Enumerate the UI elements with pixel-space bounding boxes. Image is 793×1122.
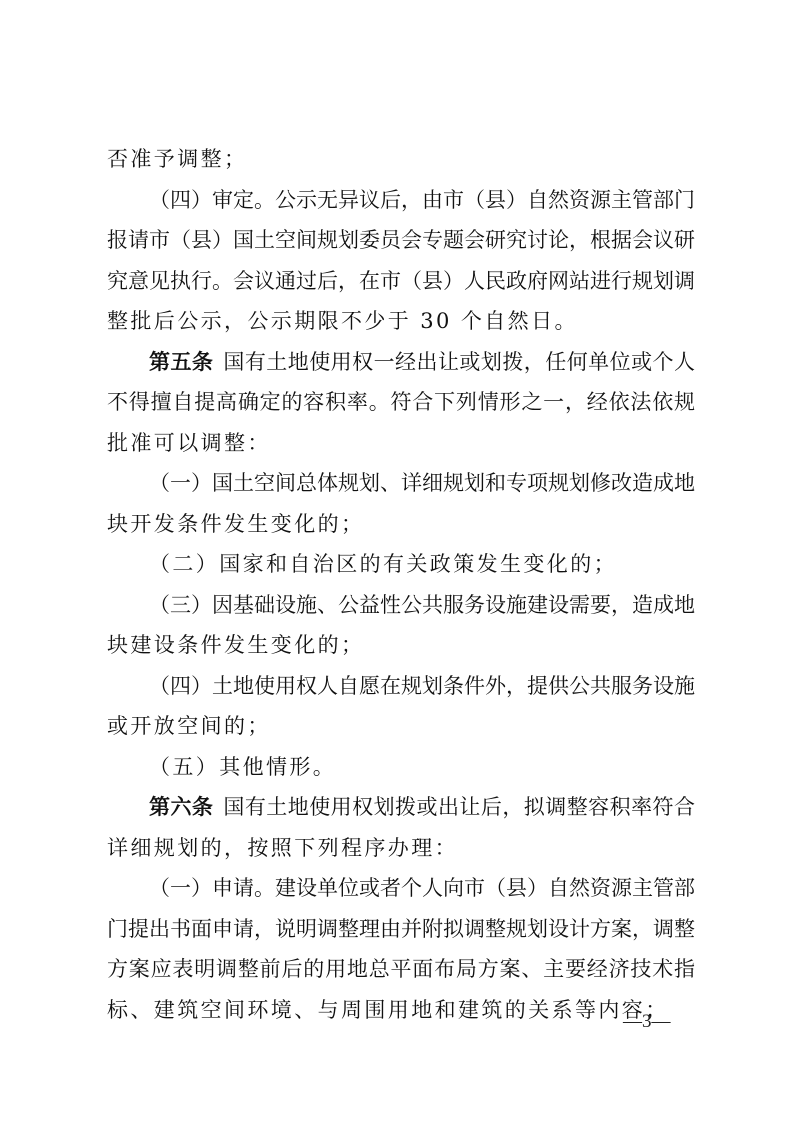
line-10: （二）国家和自治区的有关政策发生变化的； — [107, 544, 695, 585]
document-body: 否准予调整； （四）审定。公示无异议后，由市（县）自然资源主管部门 报请市（县）… — [107, 139, 695, 1030]
line-0: 否准予调整； — [107, 139, 695, 180]
line-14: 或开放空间的； — [107, 706, 695, 747]
line-8: （一）国土空间总体规划、详细规划和专项规划修改造成地 — [107, 463, 695, 504]
article-5-heading: 第五条 — [149, 350, 213, 374]
page-number: —3— — [623, 1011, 671, 1033]
line-1: （四）审定。公示无异议后，由市（县）自然资源主管部门 — [107, 180, 695, 221]
line-19: 门提出书面申请，说明调整理由并附拟调整规划设计方案，调整 — [107, 909, 695, 950]
line-17: 详细规划的，按照下列程序办理： — [107, 828, 695, 869]
line-4: 整批后公示，公示期限不少于 30 个自然日。 — [107, 301, 695, 342]
line-12: 块建设条件发生变化的； — [107, 625, 695, 666]
article-5-heading-line: 第五条国有土地使用权一经出让或划拨，任何单位或个人 — [107, 342, 695, 383]
line-6: 不得擅自提高确定的容积率。符合下列情形之一，经依法依规 — [107, 382, 695, 423]
article-6-heading-line: 第六条国有土地使用权划拨或出让后，拟调整容积率符合 — [107, 787, 695, 828]
line-20: 方案应表明调整前后的用地总平面布局方案、主要经济技术指 — [107, 949, 695, 990]
line-21: 标、建筑空间环境、与周围用地和建筑的关系等内容； — [107, 990, 695, 1031]
line-13: （四）土地使用权人自愿在规划条件外，提供公共服务设施 — [107, 666, 695, 707]
line-11: （三）因基础设施、公益性公共服务设施建设需要，造成地 — [107, 585, 695, 626]
line-9: 块开发条件发生变化的； — [107, 504, 695, 545]
line-3: 究意见执行。会议通过后，在市（县）人民政府网站进行规划调 — [107, 261, 695, 302]
line-7: 批准可以调整： — [107, 423, 695, 464]
line-15: （五）其他情形。 — [107, 747, 695, 788]
line-18: （一）申请。建设单位或者个人向市（县）自然资源主管部 — [107, 868, 695, 909]
article-6-heading: 第六条 — [149, 795, 213, 819]
line-2: 报请市（县）国土空间规划委员会专题会研究讨论，根据会议研 — [107, 220, 695, 261]
